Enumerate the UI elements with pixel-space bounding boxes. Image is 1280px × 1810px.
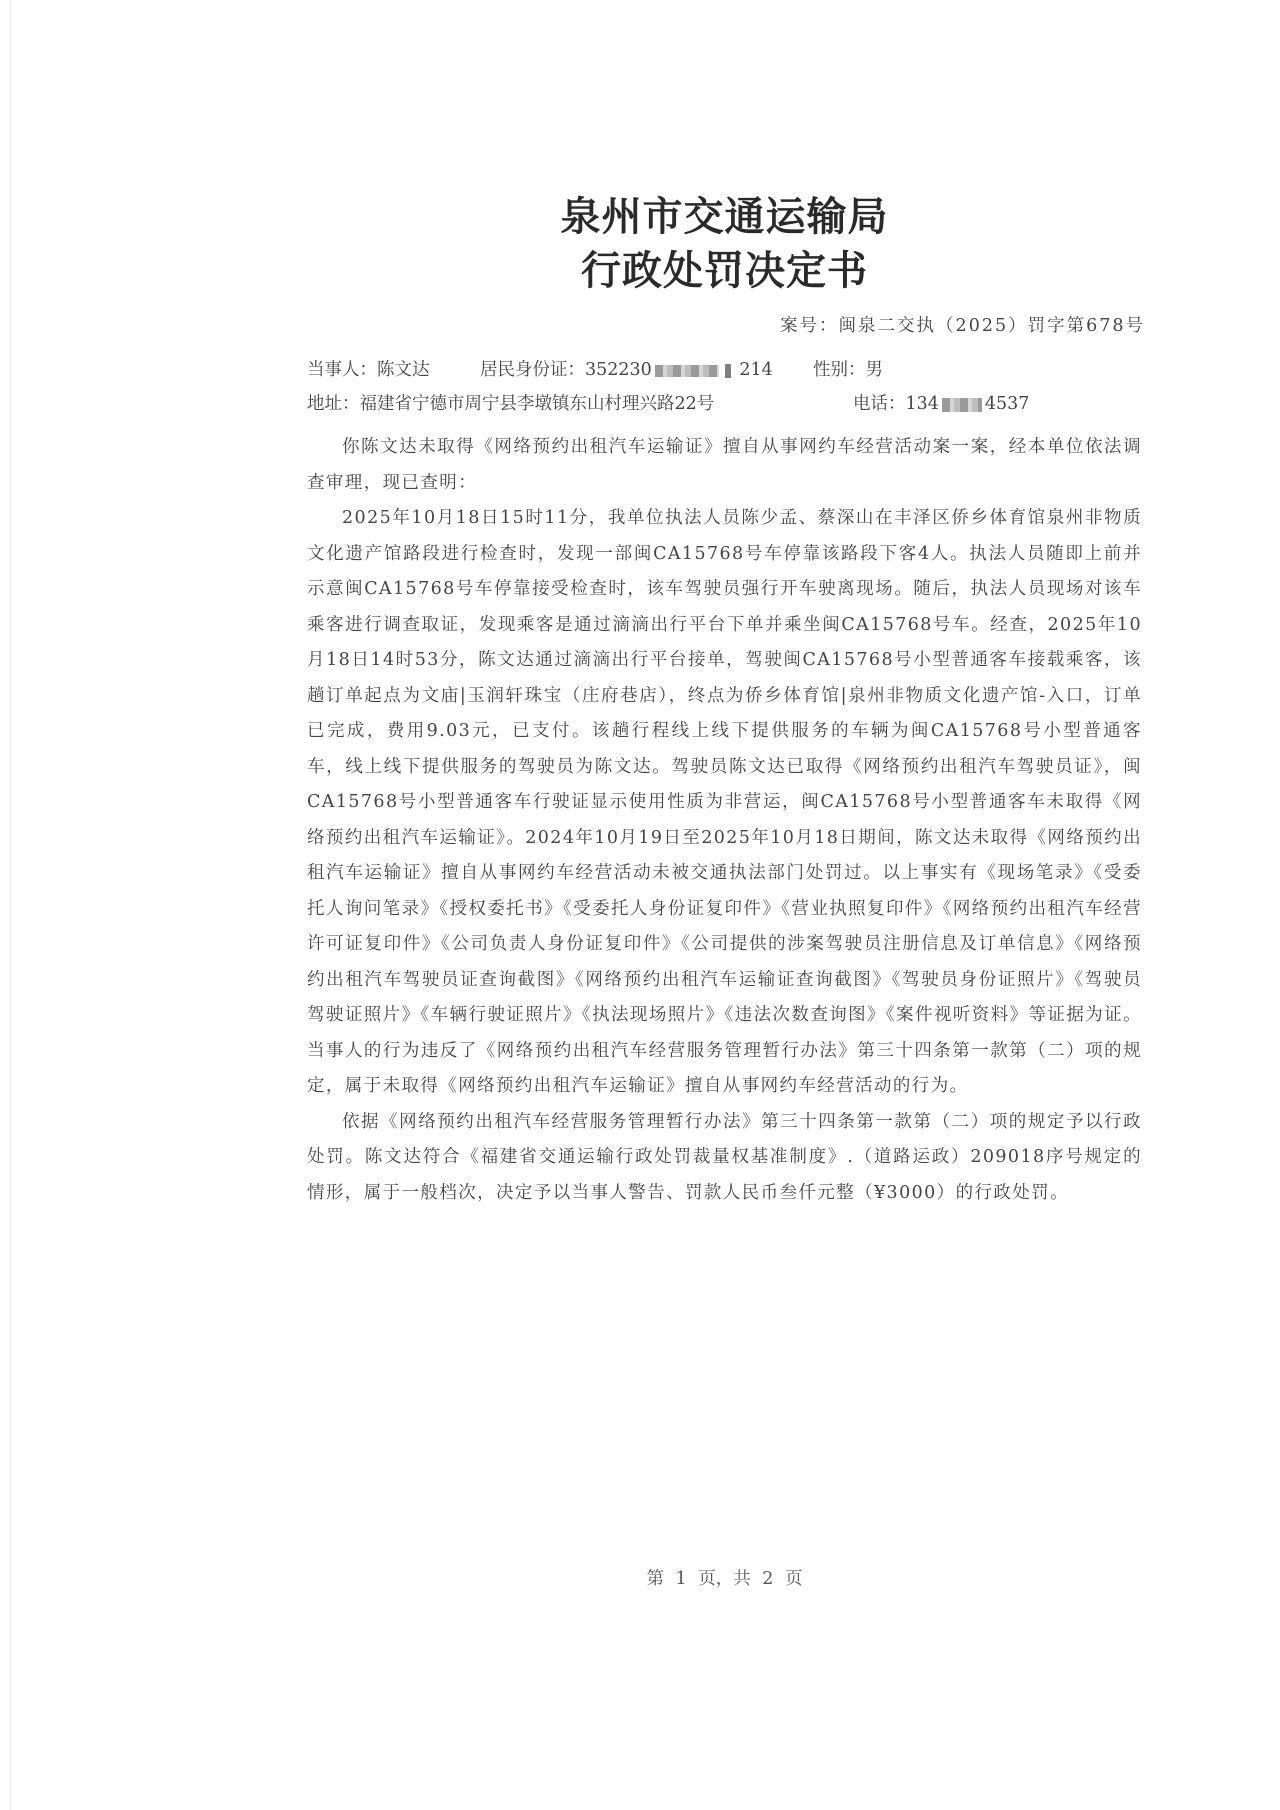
party-phone-suffix: 4537 [985, 394, 1030, 414]
party-address-label: 地址： [307, 394, 360, 414]
decision-body: 你陈文达未取得《网络预约出租汽车运输证》擅自从事网约车经营活动案一案，经本单位依… [307, 430, 1142, 1211]
party-phone-prefix: 134 [906, 394, 939, 414]
party-gender: 男 [866, 360, 884, 380]
party-address-field: 地址：福建省宁德市周宁县李墩镇东山村理兴路22号 [307, 390, 714, 418]
party-name-label: 当事人： [307, 360, 377, 380]
party-address: 福建省宁德市周宁县李墩镇东山村理兴路22号 [360, 394, 715, 414]
party-name: 陈文达 [377, 360, 430, 380]
document-title-type: 行政处罚决定书 [307, 246, 1142, 296]
page-number-footer: 第 1 页，共 2 页 [307, 1565, 1142, 1593]
redaction-mosaic [942, 398, 982, 412]
redaction-mosaic [725, 364, 731, 378]
scan-edge-line [10, 0, 11, 1810]
party-id-field: 居民身份证：352230 214 [480, 356, 773, 384]
findings-paragraph: 2025年10月18日15时11分，我单位执法人员陈少孟、蔡深山在丰泽区侨乡体育… [307, 501, 1142, 1105]
penalty-paragraph: 依据《网络预约出租汽车经营服务管理暂行办法》第三十四条第一款第（二）项的规定予以… [307, 1105, 1142, 1212]
party-id-prefix: 352230 [585, 360, 652, 380]
case-number: 案号：闽泉二交执（2025）罚字第678号 [780, 312, 1145, 340]
party-phone-field: 电话：1344537 [853, 390, 1029, 418]
party-id-label: 居民身份证： [480, 360, 585, 380]
party-phone-label: 电话： [853, 394, 906, 414]
party-id-suffix: 214 [739, 360, 772, 380]
party-gender-field: 性别：男 [813, 356, 883, 384]
party-gender-label: 性别： [813, 360, 866, 380]
case-intro-paragraph: 你陈文达未取得《网络预约出租汽车运输证》擅自从事网约车经营活动案一案，经本单位依… [307, 430, 1142, 501]
party-name-field: 当事人：陈文达 [307, 356, 430, 384]
document-title-agency: 泉州市交通运输局 [307, 192, 1142, 242]
redaction-mosaic [655, 365, 719, 377]
